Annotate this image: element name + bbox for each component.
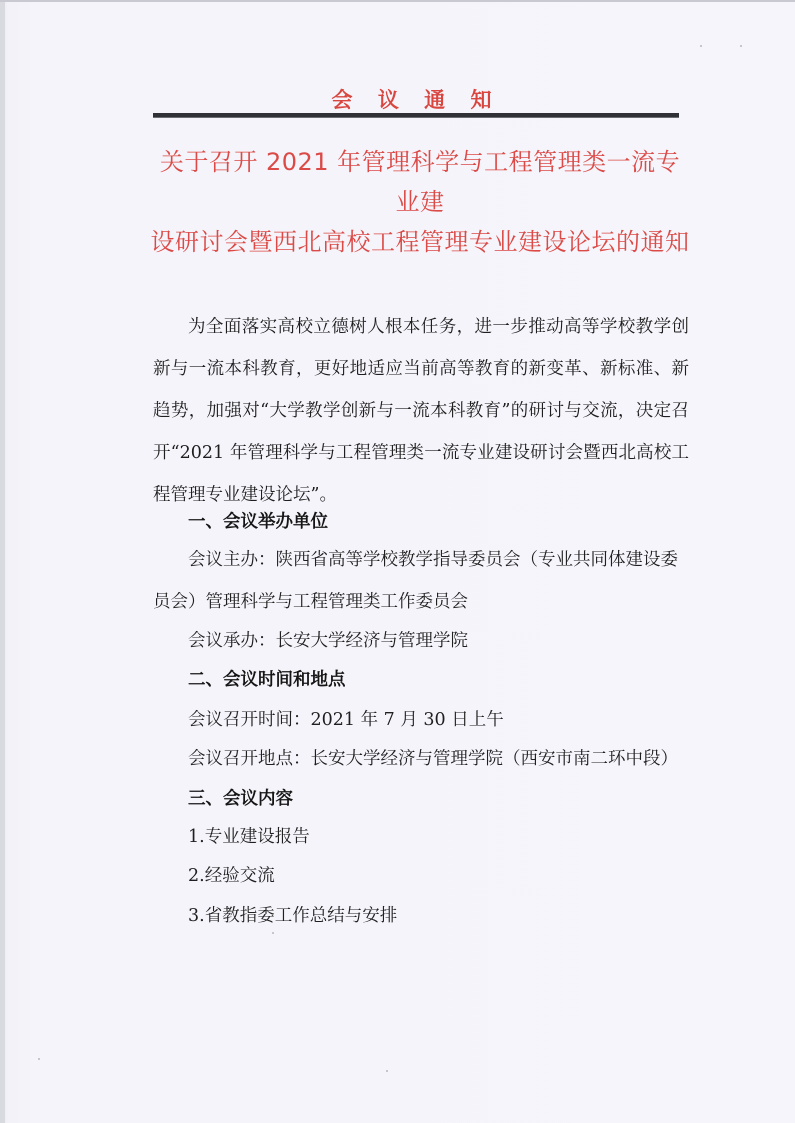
section-heading-organizers: 一、会议举办单位 bbox=[188, 508, 328, 533]
intro-paragraph: 为全面落实高校立德树人根本任务，进一步推动高等学校教学创新与一流本科教育，更好地… bbox=[153, 306, 689, 516]
document-title-line-2: 设研讨会暨西北高校工程管理专业建设论坛的通知 bbox=[150, 222, 690, 262]
organizer-host-line: 会议主办：陕西省高等学校教学指导委员会（专业共同体建设委 bbox=[188, 546, 678, 571]
content-item-1: 1.专业建设报告 bbox=[188, 823, 310, 848]
document-page: 会 议 通 知 关于召开 2021 年管理科学与工程管理类一流专业建 设研讨会暨… bbox=[0, 0, 795, 1123]
section-heading-content: 三、会议内容 bbox=[188, 785, 293, 810]
organizer-host-line-cont: 员会）管理科学与工程管理类工作委员会 bbox=[153, 588, 468, 613]
organizer-undertaker-line: 会议承办：长安大学经济与管理学院 bbox=[188, 627, 468, 652]
section-heading-time-place: 二、会议时间和地点 bbox=[188, 666, 346, 691]
content-item-2: 2.经验交流 bbox=[188, 862, 275, 887]
scan-top-edge bbox=[0, 0, 795, 2]
header-label: 会 议 通 知 bbox=[0, 84, 795, 114]
scan-speck bbox=[700, 45, 702, 47]
scan-speck bbox=[272, 932, 274, 934]
content-item-3: 3.省教指委工作总结与安排 bbox=[188, 902, 397, 927]
document-title-line-1: 关于召开 2021 年管理科学与工程管理类一流专业建 bbox=[150, 142, 690, 222]
header-rule-divider bbox=[153, 113, 679, 118]
meeting-time-line: 会议召开时间：2021 年 7 月 30 日上午 bbox=[188, 706, 504, 731]
scan-speck bbox=[740, 45, 742, 47]
scan-speck bbox=[386, 1070, 388, 1072]
scan-left-edge bbox=[0, 0, 5, 1123]
meeting-place-line: 会议召开地点：长安大学经济与管理学院（西安市南二环中段） bbox=[188, 745, 678, 770]
scan-speck bbox=[38, 1058, 40, 1060]
document-title: 关于召开 2021 年管理科学与工程管理类一流专业建 设研讨会暨西北高校工程管理… bbox=[150, 142, 690, 262]
